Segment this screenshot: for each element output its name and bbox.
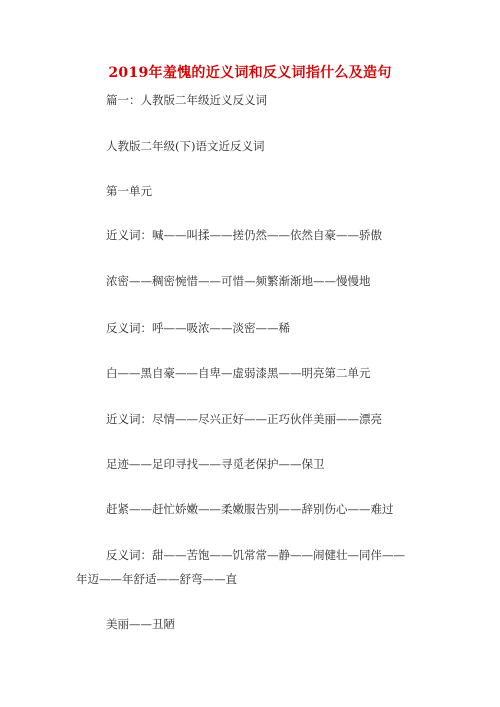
unit-heading: 第一单元 — [106, 183, 152, 199]
paragraph-line: 赶紧——赶忙娇嫩——柔嫩服告别——辞别伤心——难过 — [106, 501, 394, 517]
paragraph-line: 近义词：喊——叫揉——搓仍然——依然自豪——骄傲 — [106, 227, 382, 243]
subheading: 人教版二年级(下)语文近反义词 — [106, 138, 264, 154]
paragraph-line: 足迹——足印寻找——寻觅老保护——保卫 — [106, 456, 325, 472]
paragraph-line: 反义词：呼——吸浓——淡密——稀 — [106, 320, 290, 336]
paragraph-line: 美丽——丑陋 — [106, 616, 175, 632]
document-title: 2019年羞愧的近义词和反义词指什么及造句 — [0, 62, 500, 82]
section-heading: 篇一：人教版二年级近义反义词 — [106, 92, 267, 108]
paragraph-line: 浓密——稠密惋惜——可惜—频繁渐渐地——慢慢地 — [106, 273, 371, 289]
paragraph-line: 白——黑自豪——自卑—虚弱漆黑——明亮第二单元 — [106, 365, 371, 381]
paragraph-line-continuation: 年迈——年舒适——舒弯——直 — [76, 571, 237, 587]
paragraph-line: 反义词：甜——苦饱——饥常常—静——闹健壮—同伴—— — [106, 547, 405, 563]
paragraph-line: 近义词：尽情——尽兴正好——正巧伙伴美丽——漂亮 — [106, 411, 382, 427]
